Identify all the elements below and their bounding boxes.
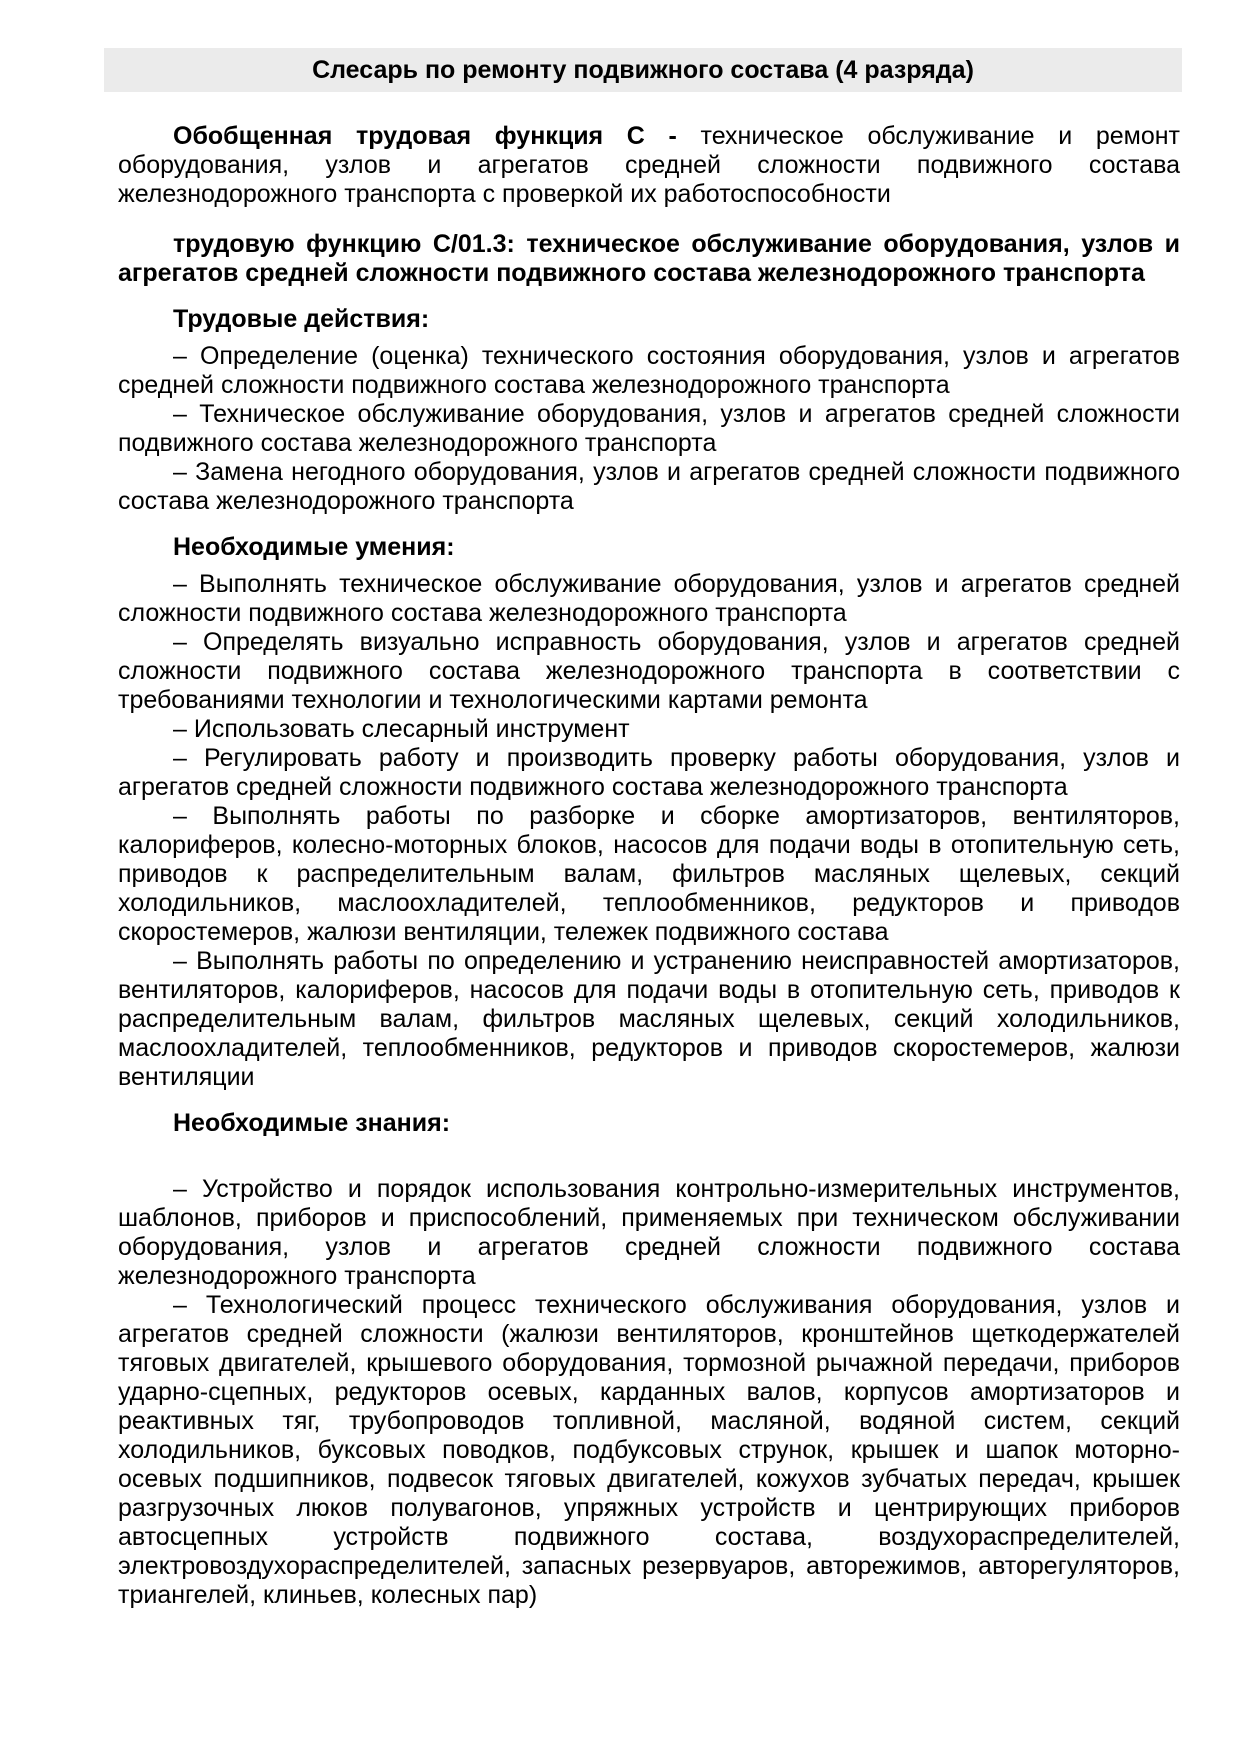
list-item: – Выполнять техническое обслуживание обо… (118, 570, 1180, 628)
document-title-bar: Слесарь по ремонту подвижного состава (4… (104, 48, 1182, 92)
labor-function-paragraph: трудовую функцию С/01.3: техническое обс… (118, 230, 1180, 288)
section-required-knowledge: Необходимые знания: – Устройство и поряд… (118, 1109, 1180, 1610)
section-required-skills: Необходимые умения: – Выполнять техничес… (118, 533, 1180, 1092)
list-item: – Замена негодного оборудования, узлов и… (118, 458, 1180, 516)
section-labor-actions: Трудовые действия: – Определение (оценка… (118, 305, 1180, 516)
list-item: – Выполнять работы по разборке и сборке … (118, 802, 1180, 947)
list-item: – Определение (оценка) технического сост… (118, 342, 1180, 400)
section-heading-labor-actions: Трудовые действия: (118, 305, 1180, 334)
list-item: – Определять визуально исправность обору… (118, 628, 1180, 715)
list-item: – Устройство и порядок использования кон… (118, 1175, 1180, 1291)
list-item: – Технологический процесс технического о… (118, 1291, 1180, 1610)
list-item: – Регулировать работу и производить пров… (118, 744, 1180, 802)
generalized-function-paragraph: Обобщенная трудовая функция С - техничес… (118, 122, 1180, 209)
document-content: Слесарь по ремонту подвижного состава (4… (104, 48, 1182, 1610)
list-item: – Техническое обслуживание оборудования,… (118, 400, 1180, 458)
list-item: – Выполнять работы по определению и устр… (118, 947, 1180, 1092)
generalized-function-lead: Обобщенная трудовая функция С - (173, 122, 677, 150)
document-body: Обобщенная трудовая функция С - техничес… (104, 122, 1182, 1610)
document-page: Слесарь по ремонту подвижного состава (4… (0, 0, 1241, 1610)
section-heading-required-knowledge: Необходимые знания: (118, 1109, 1180, 1138)
section-heading-required-skills: Необходимые умения: (118, 533, 1180, 562)
list-item: – Использовать слесарный инструмент (118, 715, 1180, 744)
page-title: Слесарь по ремонту подвижного состава (4… (312, 56, 974, 84)
